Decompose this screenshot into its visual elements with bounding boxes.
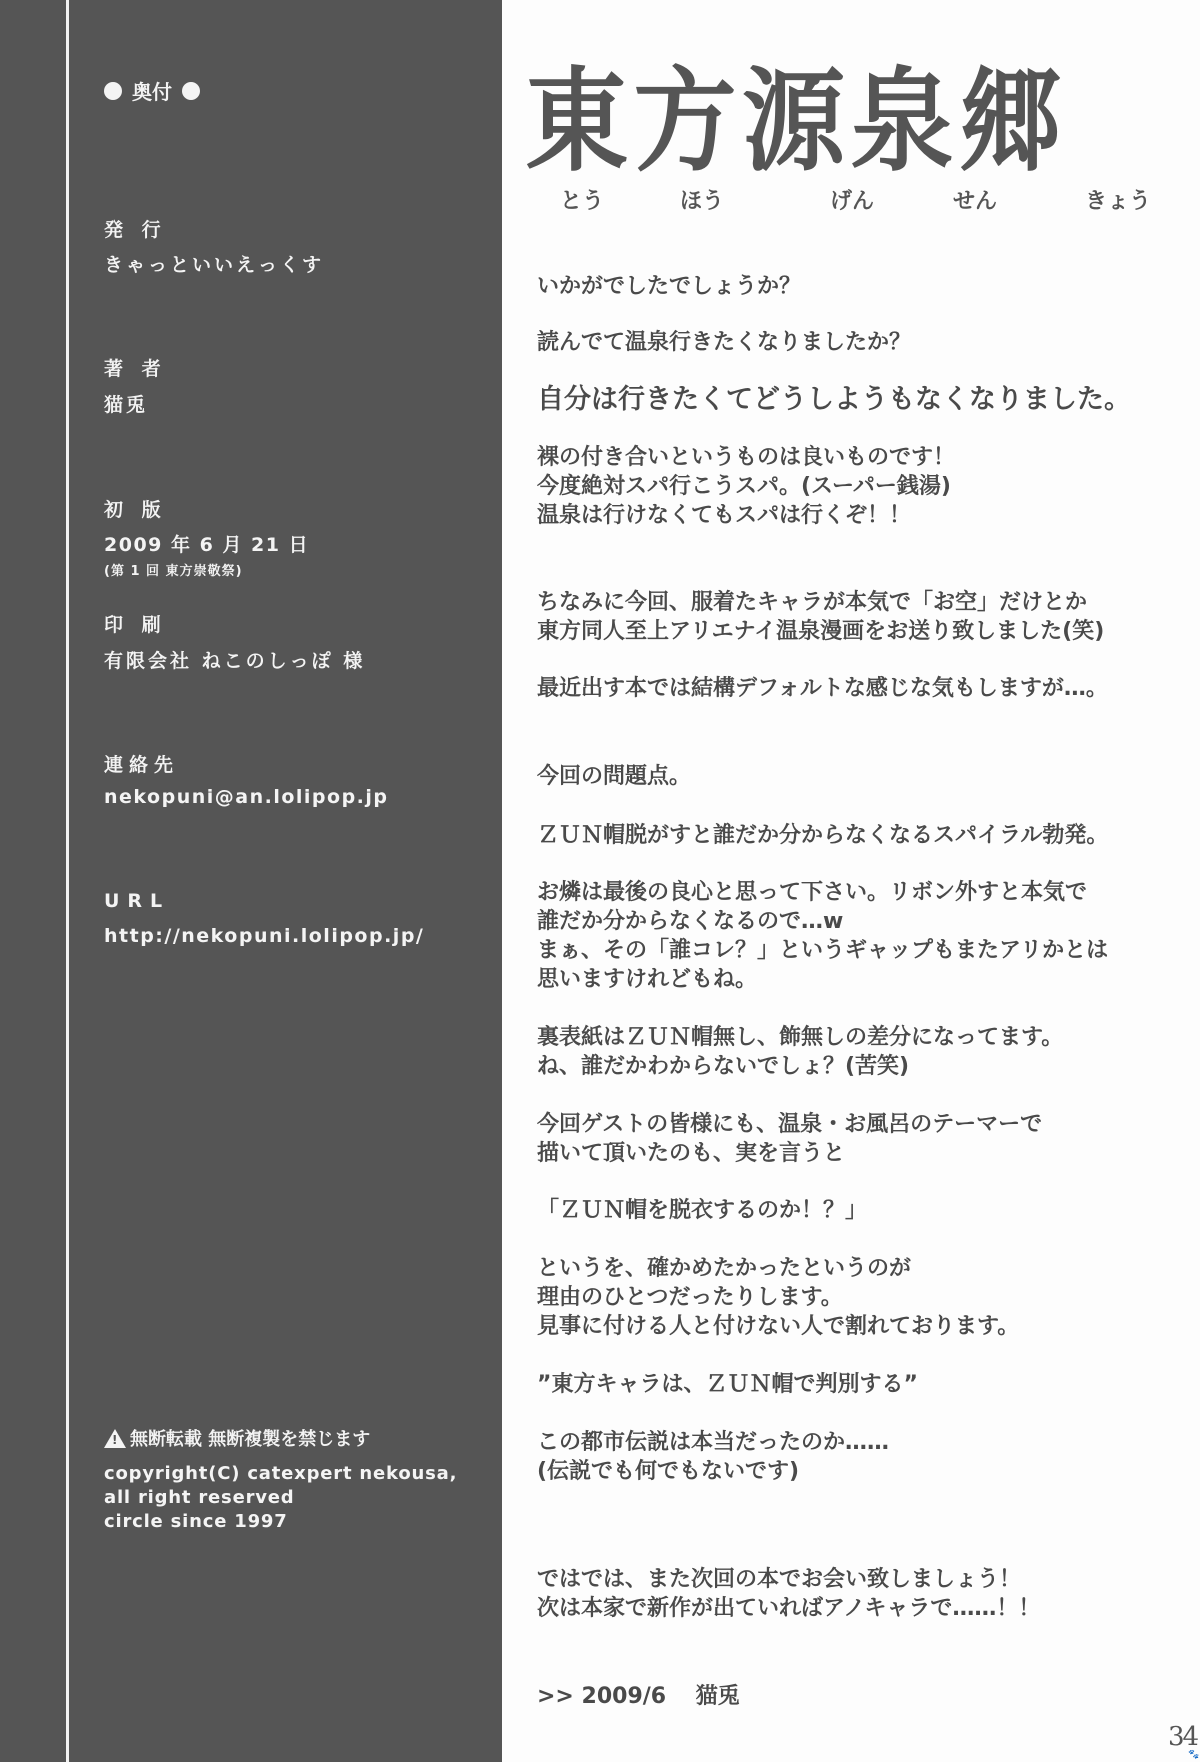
afterword-line: というを、確かめたかったというのが [537,1254,911,1283]
no-reproduction-warning: 無断転載 無断複製を禁じます [104,1425,370,1451]
afterword-line: この都市伝説は本当だったのか…… [537,1428,889,1457]
afterword-line: ちなみに今回、服着たキャラが本気で「お空」だけとか [537,588,1087,617]
afterword-signature: >> 2009/6 猫兎 [537,1682,740,1711]
first-edition-label: 初 版 [104,495,167,522]
author-label: 著 者 [104,354,167,381]
panel-divider-line [66,0,69,1762]
afterword-line: ね、誰だかわからないでしょ？(苦笑) [537,1052,909,1081]
bullet-circle-icon [182,82,200,100]
publisher-label: 発 行 [104,215,167,242]
furigana: きょう [1085,184,1151,215]
copyright-line: copyright(C) catexpert nekousa, [104,1462,457,1486]
printer-label: 印 刷 [104,610,167,637]
afterword-line: ＺＵＮ帽脱がすと誰だか分からなくなるスパイラル勃発。 [537,821,1108,850]
copyright-block: copyright(C) catexpert nekousa, all righ… [104,1462,457,1534]
warning-text: 無断転載 無断複製を禁じます [130,1425,370,1451]
page-number: 34 [1168,1722,1197,1752]
afterword-line: まぁ、その「誰コレ？」というギャップもまたアリかとは [537,936,1108,965]
afterword-line: ”東方キャラは、ＺＵＮ帽で判別する” [537,1370,918,1399]
afterword-line: 読んでて温泉行きたくなりましたか？ [537,328,911,357]
afterword-line: いかがでしたでしょうか？ [537,272,801,301]
contact-label: 連絡先 [104,750,179,777]
afterword-line: ではでは、また次回の本でお会い致しましょう！ [537,1565,1021,1594]
afterword-line: 誰だか分からなくなるので…w [537,907,843,936]
bullet-circle-icon [104,82,122,100]
afterword-emphasis-line: 自分は行きたくてどうしようもなくなりました。 [537,385,1131,414]
colophon-title: 奥付 [132,76,172,105]
afterword-line: お燐は最後の良心と思って下さい。リボン外すと本気で [537,878,1087,907]
paw-print-icon: 🐾 [1188,1750,1199,1760]
afterword-line: 描いて頂いたのも、実を言うと [537,1139,845,1168]
afterword-line: 今度絶対スパ行こうスパ。(スーパー銭湯) [537,472,951,501]
afterword-line: 見事に付ける人と付けない人で割れております。 [537,1312,1019,1341]
copyright-line: circle since 1997 [104,1510,457,1534]
furigana: ほう [680,184,724,215]
afterword-line: 理由のひとつだったりします。 [537,1283,843,1312]
copyright-line: all right reserved [104,1486,457,1510]
afterword-line: 最近出す本では結構デフォルトな感じな気もしますが…。 [537,674,1108,703]
warning-triangle-icon [104,1429,126,1448]
afterword-line: 今回の問題点。 [537,762,691,791]
colophon-header: 奥付 [104,76,200,105]
printer-value: 有限会社 ねこのしっぽ 様 [104,646,365,673]
first-edition-date: 2009 年 6 月 21 日 [104,530,309,557]
author-value: 猫兎 [104,390,148,417]
book-title: 東方源泉郷 [525,62,1068,182]
afterword-line: 裸の付き合いというものは良いものです！ [537,443,955,472]
afterword-line: 思いますけれどもね。 [537,965,757,994]
furigana: とう [560,184,604,215]
afterword-line: 温泉は行けなくてもスパは行くぞ！！ [537,501,911,530]
afterword-line: (伝説でも何でもないです) [537,1457,799,1486]
furigana: げん [830,184,874,215]
afterword-line: 今回ゲストの皆様にも、温泉・お風呂のテーマーで [537,1110,1042,1139]
afterword-line: 東方同人至上アリエナイ温泉漫画をお送り致しました(笑) [537,617,1104,646]
furigana: せん [953,184,997,215]
url-value[interactable]: http://nekopuni.lolipop.jp/ [104,925,424,947]
first-edition-event: (第 1 回 東方崇敬祭) [104,560,243,579]
contact-email[interactable]: nekopuni@an.lolipop.jp [104,786,389,808]
url-label: URL [104,890,170,912]
publisher-value: きゃっといいえっくす [104,250,324,277]
afterword-line: 「ＺＵＮ帽を脱衣するのか！？」 [537,1196,867,1225]
afterword-line: 次は本家で新作が出ていればアノキャラで……！！ [537,1594,1040,1623]
afterword-line: 裏表紙はＺＵＮ帽無し、飾無しの差分になってます。 [537,1023,1063,1052]
